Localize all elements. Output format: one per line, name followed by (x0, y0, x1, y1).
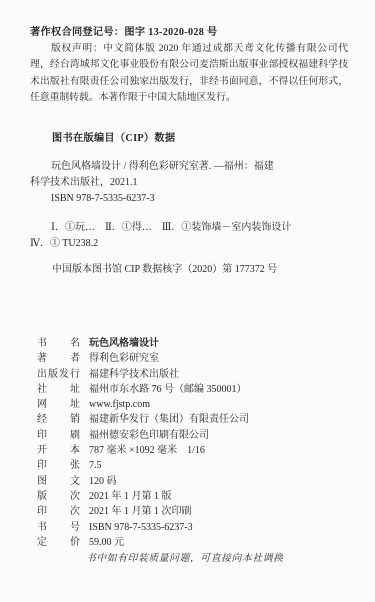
colophon-value: 福建新华发行（集团）有限责任公司 (89, 412, 249, 427)
colophon-value: 福建科学技术出版社 (89, 367, 179, 382)
colophon-label: 书号 (37, 520, 80, 535)
cip-record: 玩色风格墙设计 / 得利色彩研究室著. —福州：福建 科学技术出版社，2021.… (30, 159, 350, 207)
colophon-label: 印刷 (37, 428, 80, 443)
copyright-statement: 版权声明：中文简体版 2020 年通过成都天鸢文化传播有限公司代理，经台湾城邦文… (30, 41, 348, 106)
copyright-registration-line: 著作权合同登记号：图字 13-2020-028 号 (30, 23, 348, 38)
cip-heading: 图书在版编目（CIP）数据 (52, 129, 175, 144)
colophon-row-price: 定价59.00 元 (37, 535, 357, 550)
colophon-row-distributor: 经销福建新华发行（集团）有限责任公司 (37, 412, 357, 427)
colophon-value: www.fjstp.com (89, 397, 150, 412)
colophon-row-author: 著者得利色彩研究室 (37, 351, 357, 366)
colophon-label: 版次 (37, 489, 80, 504)
colophon-row-website: 网址www.fjstp.com (37, 397, 357, 412)
classification-line-2: Ⅳ．① TU238.2 (30, 236, 360, 252)
colophon-row-isbn: 书号ISBN 978-7-5335-6237-3 (37, 520, 357, 535)
colophon-value: 120 码 (89, 474, 117, 489)
colophon-label: 网址 (37, 397, 80, 412)
colophon-label: 印次 (37, 504, 80, 519)
cip-record-line-2: 科学技术出版社，2021.1 (30, 175, 350, 191)
colophon-value: 2021 年 1 月第 1 次印刷 (89, 504, 192, 519)
colophon-row-printer: 印刷福州德安彩色印刷有限公司 (37, 428, 357, 443)
cip-record-line-3: ISBN 978-7-5335-6237-3 (30, 191, 350, 207)
colophon-value: 59.00 元 (89, 535, 124, 550)
colophon-table: 书名玩色风格墙设计 著者得利色彩研究室 出版发行福建科学技术出版社 社址福州市东… (37, 336, 357, 550)
colophon-value: ISBN 978-7-5335-6237-3 (89, 520, 193, 535)
colophon-label: 开本 (37, 443, 80, 458)
colophon-row-pages: 图文120 码 (37, 474, 357, 489)
colophon-label: 定价 (37, 535, 80, 550)
colophon-value: 玩色风格墙设计 (89, 336, 159, 351)
colophon-value: 福州德安彩色印刷有限公司 (89, 428, 209, 443)
colophon-value: 得利色彩研究室 (89, 351, 159, 366)
quality-note: 书中如有印装质量问题，可直接向本社调换 (86, 550, 284, 564)
colophon-row-book-title: 书名玩色风格墙设计 (37, 336, 357, 351)
colophon-label: 经销 (37, 412, 80, 427)
colophon-value: 787 毫米 ×1092 毫米 1/16 (89, 443, 205, 458)
cip-number-line: 中国版本图书馆 CIP 数据核字（2020）第 177372 号 (52, 262, 352, 278)
colophon-value: 福州市东水路 76 号（邮编 350001） (89, 382, 247, 397)
colophon-row-edition: 版次2021 年 1 月第 1 版 (37, 489, 357, 504)
colophon-row-publisher: 出版发行福建科学技术出版社 (37, 367, 357, 382)
colophon-label: 印张 (37, 458, 80, 473)
copyright-page: 著作权合同登记号：图字 13-2020-028 号 版权声明：中文简体版 202… (0, 0, 375, 602)
colophon-row-sheets: 印张7.5 (37, 458, 357, 473)
cip-record-line-1: 玩色风格墙设计 / 得利色彩研究室著. —福州：福建 (30, 159, 350, 175)
colophon-row-address: 社址福州市东水路 76 号（邮编 350001） (37, 382, 357, 397)
colophon-value: 2021 年 1 月第 1 版 (89, 489, 172, 504)
colophon-label: 书名 (37, 336, 80, 351)
colophon-label: 著者 (37, 351, 80, 366)
colophon-label: 图文 (37, 474, 80, 489)
classification-line-1: Ⅰ．①玩… Ⅱ．①得… Ⅲ．①装饰墙－室内装饰设计 (30, 220, 360, 236)
cip-classification: Ⅰ．①玩… Ⅱ．①得… Ⅲ．①装饰墙－室内装饰设计 Ⅳ．① TU238.2 (30, 220, 360, 253)
colophon-row-printing: 印次2021 年 1 月第 1 次印刷 (37, 504, 357, 519)
colophon-value: 7.5 (89, 458, 102, 473)
colophon-label: 出版发行 (37, 367, 80, 382)
colophon-row-format: 开本787 毫米 ×1092 毫米 1/16 (37, 443, 357, 458)
colophon-label: 社址 (37, 382, 80, 397)
